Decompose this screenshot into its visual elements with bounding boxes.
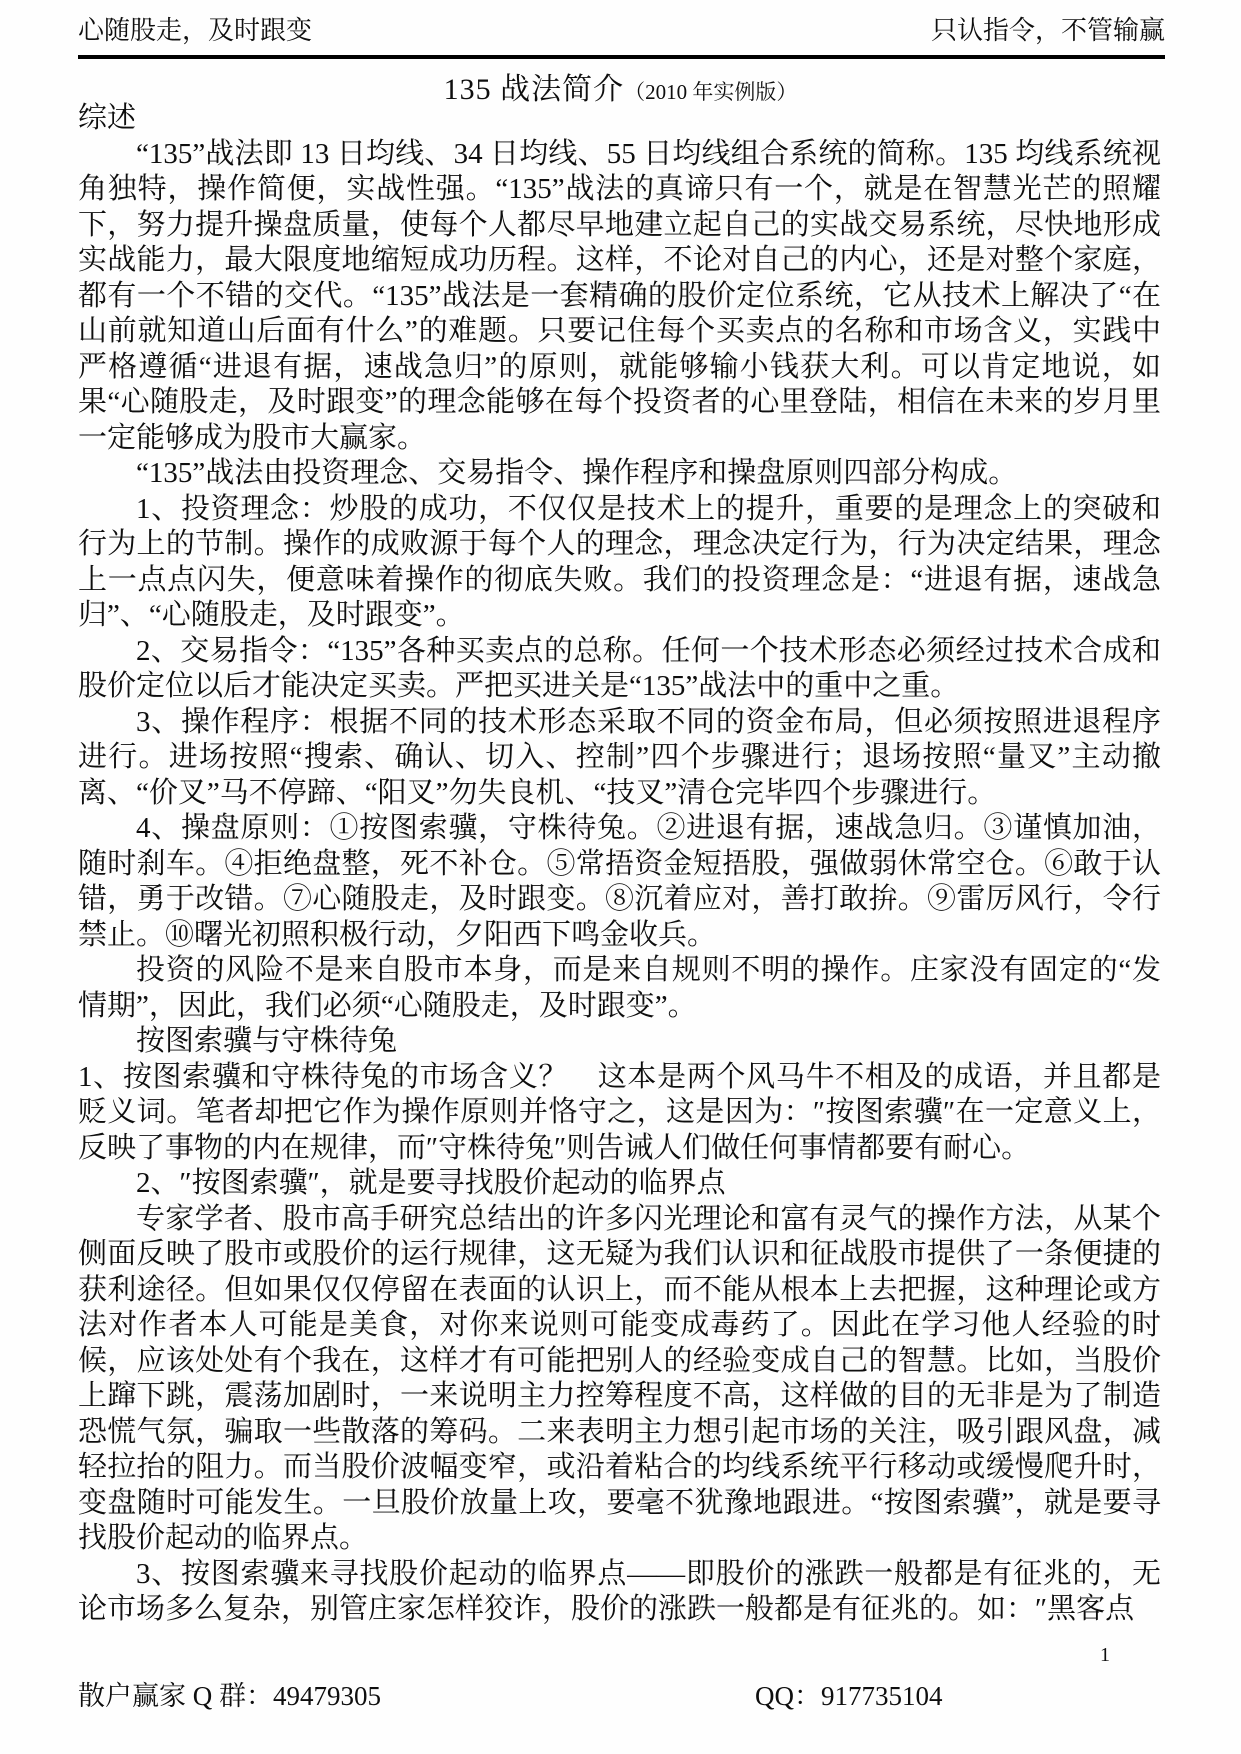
paragraph-overview: “135”战法即 13 日均线、34 日均线、55 日均线组合系统的简称。135… <box>78 137 1161 457</box>
paragraph-investment-concept: 1、投资理念：炒股的成功，不仅仅是技术上的提升，重要的是理念上的突破和行为上的节… <box>78 492 1161 634</box>
paragraph-operating-principles: 4、操盘原则：①按图索骥，守株待兔。②进退有据，速战急归。③谨慎加油，随时刹车。… <box>78 811 1161 953</box>
paragraph-critical-point-heading: 2、″按图索骥″，就是要寻找股价起动的临界点 <box>78 1166 1161 1202</box>
page-number: 1 <box>1100 1644 1110 1667</box>
paragraph-four-parts: “135”战法由投资理念、交易指令、操作程序和操盘原则四部分构成。 <box>78 456 1161 492</box>
footer-qq-group: 散户赢家 Q 群：49479305 <box>78 1674 381 1713</box>
document-page: 心随股走，及时跟变 只认指令，不管输赢 135 战法简介（2010 年实例版） … <box>0 0 1241 1754</box>
paragraph-operation-procedure: 3、操作程序：根据不同的技术形态采取不同的资金布局，但必须按照进退程序进行。进场… <box>78 705 1161 812</box>
paragraph-idiom-meaning: 1、按图索骥和守株待兔的市场含义？ 这本是两个风马牛不相及的成语，并且都是贬义词… <box>78 1060 1161 1167</box>
document-body: 综述 “135”战法即 13 日均线、34 日均线、55 日均线组合系统的简称。… <box>78 101 1161 1628</box>
paragraph-experts-theories: 专家学者、股市高手研究总结出的许多闪光理论和富有灵气的操作方法，从某个侧面反映了… <box>78 1202 1161 1557</box>
paragraph-subsection-heading: 按图索骥与守株待兔 <box>78 1024 1161 1060</box>
paragraph-critical-point-search: 3、按图索骥来寻找股价起动的临界点——即股价的涨跌一般都是有征兆的，无论市场多么… <box>78 1557 1161 1628</box>
footer-qq-number: QQ：917735104 <box>755 1674 943 1713</box>
section-label: 综述 <box>78 101 1161 137</box>
header-right-motto: 只认指令，不管输赢 <box>931 14 1165 48</box>
header-left-motto: 心随股走，及时跟变 <box>78 14 312 48</box>
page-header: 心随股走，及时跟变 只认指令，不管输赢 <box>78 14 1165 59</box>
paragraph-trading-order: 2、交易指令：“135”各种买卖点的总称。任何一个技术形态必须经过技术合成和股价… <box>78 634 1161 705</box>
paragraph-investment-risk: 投资的风险不是来自股市本身，而是来自规则不明的操作。庄家没有固定的“发情期”，因… <box>78 953 1161 1024</box>
